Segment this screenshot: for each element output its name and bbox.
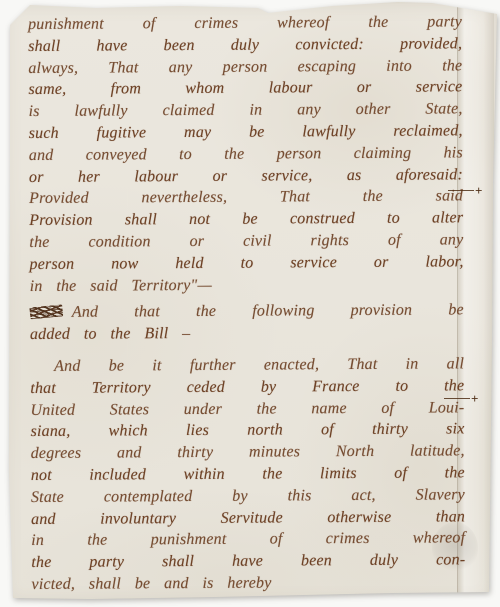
manuscript-line: in the punishment of crimes whereof (31, 528, 465, 552)
manuscript-text: punishment of crimes whereof the partysh… (28, 11, 466, 595)
manuscript-line: the condition or civil rights of any (29, 229, 463, 253)
insertion-dash (448, 190, 474, 191)
manuscript-page: punishment of crimes whereof the partysh… (0, 0, 500, 607)
insertion-mark: + (444, 390, 478, 408)
manuscript-line-text: shall have been duly convicted: provided… (28, 35, 462, 55)
manuscript-line-text: Provided nevertheless, That the said (29, 188, 463, 208)
manuscript-line: such fugitive may be lawfully reclaimed, (29, 120, 463, 144)
manuscript-line-text: always, That any person escaping into th… (28, 57, 462, 77)
manuscript-line: siana, which lies north of thirty six (30, 419, 464, 443)
manuscript-line-text: Provision shall not be construed to alte… (29, 210, 463, 230)
plus-mark-icon: + (471, 391, 478, 406)
manuscript-line-text: in the punishment of crimes whereof (31, 530, 465, 550)
manuscript-line-text: State contemplated by this act, Slavery (31, 486, 465, 506)
insertion-mark: + (448, 182, 482, 200)
manuscript-line: added to the Bill – (30, 321, 464, 345)
manuscript-line-text: or her labour or service, as aforesaid: (29, 166, 463, 186)
manuscript-line-text: the condition or civil rights of any (29, 231, 463, 251)
manuscript-line-text: and conveyed to the person claiming his (29, 144, 463, 164)
manuscript-line-text: person now held to service or labor, (29, 253, 463, 273)
manuscript-line: Provided nevertheless, That the said (29, 186, 463, 210)
manuscript-line-text: And be it further enacted, That in all (54, 355, 464, 375)
ink-blot-strikeout (29, 305, 63, 320)
manuscript-line-text: punishment of crimes whereof the party (28, 13, 462, 33)
manuscript-line: or her labour or service, as aforesaid: (29, 164, 463, 188)
manuscript-paragraph: punishment of crimes whereof the partysh… (28, 11, 464, 297)
manuscript-line-text: victed, shall be and is hereby (31, 574, 271, 592)
manuscript-line-text: the party shall have been duly con- (31, 551, 465, 571)
manuscript-line: State contemplated by this act, Slavery (31, 484, 465, 508)
manuscript-line: same, from whom labour or service (28, 77, 462, 101)
manuscript-line-text: not included within the limits of the (31, 464, 465, 484)
manuscript-line: And be it further enacted, That in all (30, 353, 464, 377)
manuscript-line: And that the following provision be (30, 300, 464, 324)
manuscript-line: degrees and thirty minutes North latitud… (31, 440, 465, 464)
manuscript-line-text: And that the following provision be (72, 302, 464, 321)
manuscript-line: not included within the limits of the (31, 462, 465, 486)
manuscript-line: victed, shall be and is hereby (31, 571, 465, 595)
manuscript-line-text: same, from whom labour or service (28, 79, 462, 99)
manuscript-line-text: that Territory ceded by France to the (30, 377, 464, 397)
manuscript-line: the party shall have been duly con- (31, 549, 465, 573)
manuscript-paragraph: And that the following provision beadded… (30, 300, 464, 346)
manuscript-line: punishment of crimes whereof the party (28, 11, 462, 35)
photo-background: { "page": { "kind": "handwritten-manuscr… (0, 0, 500, 607)
manuscript-line-text: degrees and thirty minutes North latitud… (31, 442, 465, 462)
manuscript-line-text: is lawfully claimed in any other State, (29, 101, 463, 121)
manuscript-line: always, That any person escaping into th… (28, 55, 462, 79)
manuscript-line: that Territory ceded by France to the (30, 375, 464, 399)
manuscript-page-wrap: punishment of crimes whereof the partysh… (0, 0, 500, 607)
manuscript-line-text: and involuntary Servitude otherwise than (31, 508, 465, 528)
manuscript-line-text: such fugitive may be lawfully reclaimed, (29, 122, 463, 142)
manuscript-line: shall have been duly convicted: provided… (28, 33, 462, 57)
manuscript-line: and involuntary Servitude otherwise than (31, 506, 465, 530)
manuscript-line: and conveyed to the person claiming his (29, 142, 463, 166)
manuscript-line-text: siana, which lies north of thirty six (31, 421, 465, 441)
manuscript-line: United States under the name of Loui- (30, 397, 464, 421)
insertion-dash (444, 398, 470, 399)
plus-mark-icon: + (475, 183, 482, 198)
manuscript-line-text: in the said Territory"— (30, 276, 212, 294)
manuscript-line-text: United States under the name of Loui- (30, 399, 464, 419)
manuscript-line: in the said Territory"— (30, 273, 464, 297)
manuscript-line: Provision shall not be construed to alte… (29, 208, 463, 232)
manuscript-line: is lawfully claimed in any other State, (29, 99, 463, 123)
manuscript-paragraph: And be it further enacted, That in allth… (30, 353, 465, 595)
manuscript-line: person now held to service or labor, (29, 251, 463, 275)
manuscript-line-text: added to the Bill – (30, 325, 191, 343)
